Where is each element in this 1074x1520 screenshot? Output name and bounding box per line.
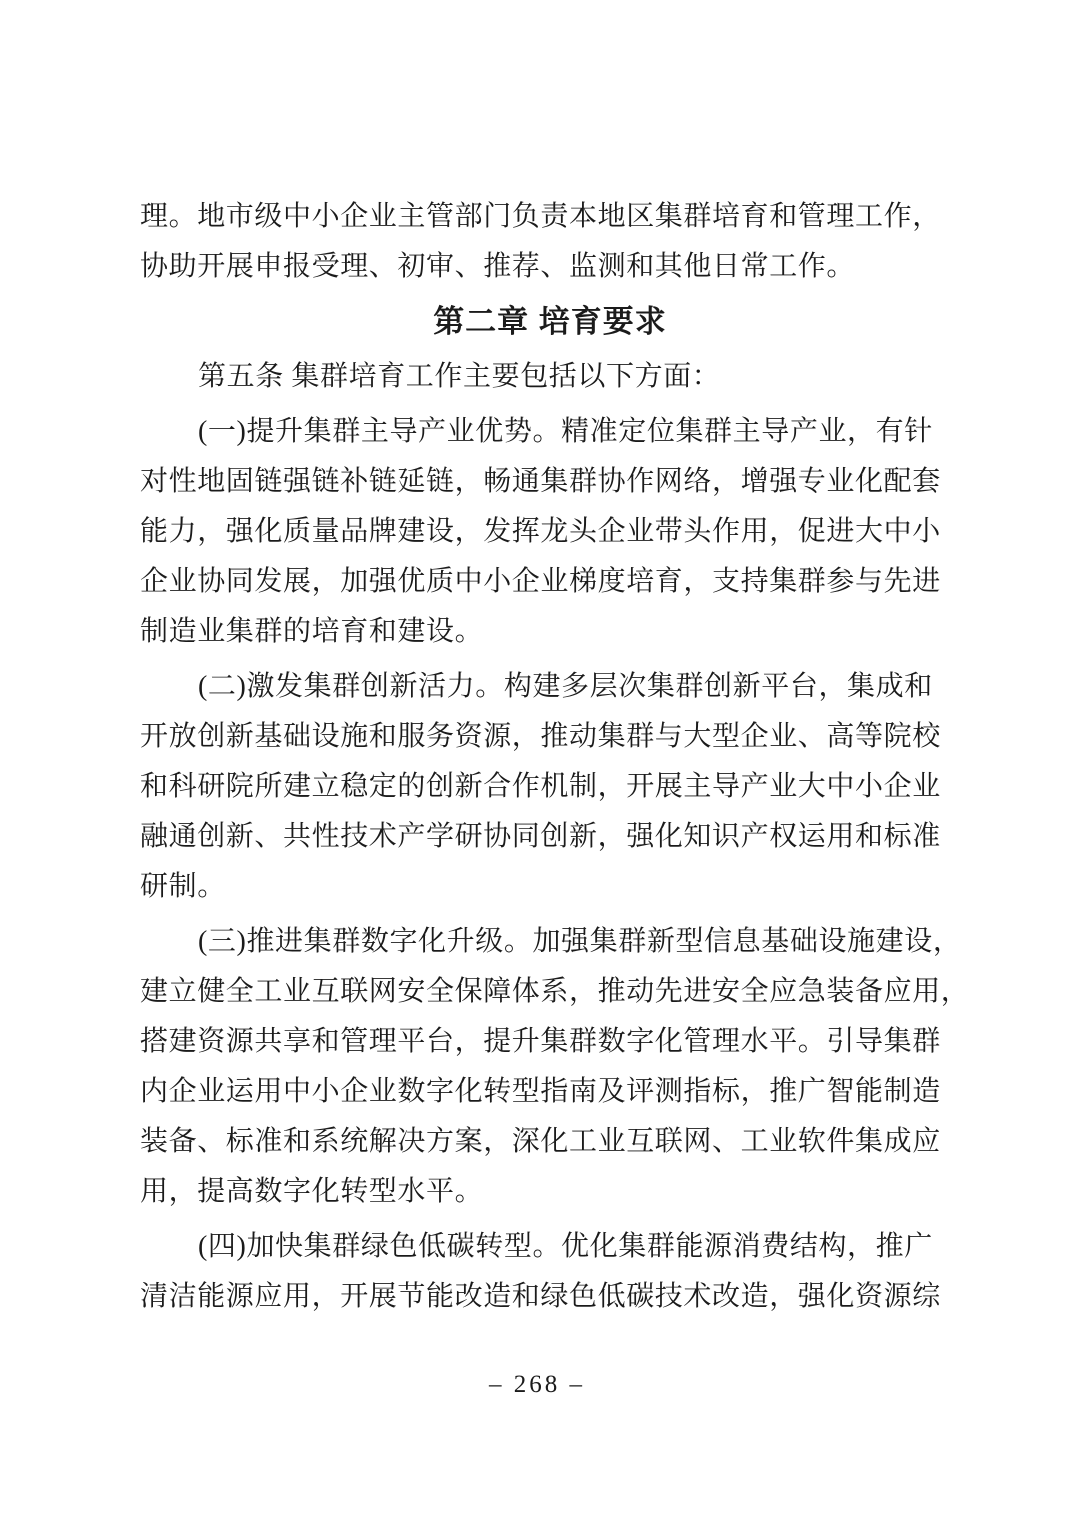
body-line: 装备、标准和系统解决方案，深化工业互联网、工业软件集成应: [140, 1117, 960, 1167]
body-line: 能力，强化质量品牌建设，发挥龙头企业带头作用，促进大中小: [140, 507, 960, 557]
paragraph-item-2: (二)激发集群创新活力。构建多层次集群创新平台，集成和 开放创新基础设施和服务资…: [140, 662, 960, 912]
body-line: (二)激发集群创新活力。构建多层次集群创新平台，集成和: [140, 662, 960, 712]
body-line: (一)提升集群主导产业优势。精准定位集群主导产业，有针: [140, 407, 960, 457]
paragraph-item-1: (一)提升集群主导产业优势。精准定位集群主导产业，有针 对性地固链强链补链延链，…: [140, 407, 960, 657]
body-line: 建立健全工业互联网安全保障体系，推动先进安全应急装备应用，: [140, 967, 960, 1017]
body-line: 开放创新基础设施和服务资源，推动集群与大型企业、高等院校: [140, 712, 960, 762]
document-content: 理。地市级中小企业主管部门负责本地区集群培育和管理工作， 协助开展申报受理、初审…: [140, 192, 960, 1327]
body-line: 研制。: [140, 862, 960, 912]
page-number: – 268 –: [0, 1368, 1074, 1402]
body-line: 对性地固链强链补链延链，畅通集群协作网络，增强专业化配套: [140, 457, 960, 507]
body-line: 内企业运用中小企业数字化转型指南及评测指标，推广智能制造: [140, 1067, 960, 1117]
paragraph-item-3: (三)推进集群数字化升级。加强集群新型信息基础设施建设， 建立健全工业互联网安全…: [140, 917, 960, 1217]
body-line: 理。地市级中小企业主管部门负责本地区集群培育和管理工作，: [140, 192, 960, 242]
document-page: 理。地市级中小企业主管部门负责本地区集群培育和管理工作， 协助开展申报受理、初审…: [0, 0, 1074, 1520]
body-line: 用，提高数字化转型水平。: [140, 1167, 960, 1217]
body-line: (三)推进集群数字化升级。加强集群新型信息基础设施建设，: [140, 917, 960, 967]
body-line: (四)加快集群绿色低碳转型。优化集群能源消费结构，推广: [140, 1222, 960, 1272]
body-line: 协助开展申报受理、初审、推荐、监测和其他日常工作。: [140, 242, 960, 292]
body-line: 和科研院所建立稳定的创新合作机制，开展主导产业大中小企业: [140, 762, 960, 812]
body-line: 清洁能源应用，开展节能改造和绿色低碳技术改造，强化资源综: [140, 1272, 960, 1322]
body-line: 融通创新、共性技术产学研协同创新，强化知识产权运用和标准: [140, 812, 960, 862]
body-line: 企业协同发展，加强优质中小企业梯度培育，支持集群参与先进: [140, 557, 960, 607]
paragraph-article-5: 第五条 集群培育工作主要包括以下方面：: [140, 352, 960, 402]
body-line: 制造业集群的培育和建设。: [140, 607, 960, 657]
paragraph-item-4: (四)加快集群绿色低碳转型。优化集群能源消费结构，推广 清洁能源应用，开展节能改…: [140, 1222, 960, 1322]
body-line: 搭建资源共享和管理平台，提升集群数字化管理水平。引导集群: [140, 1017, 960, 1067]
paragraph-continuation: 理。地市级中小企业主管部门负责本地区集群培育和管理工作， 协助开展申报受理、初审…: [140, 192, 960, 292]
body-line: 第五条 集群培育工作主要包括以下方面：: [140, 352, 960, 402]
chapter-heading: 第二章 培育要求: [140, 297, 960, 347]
